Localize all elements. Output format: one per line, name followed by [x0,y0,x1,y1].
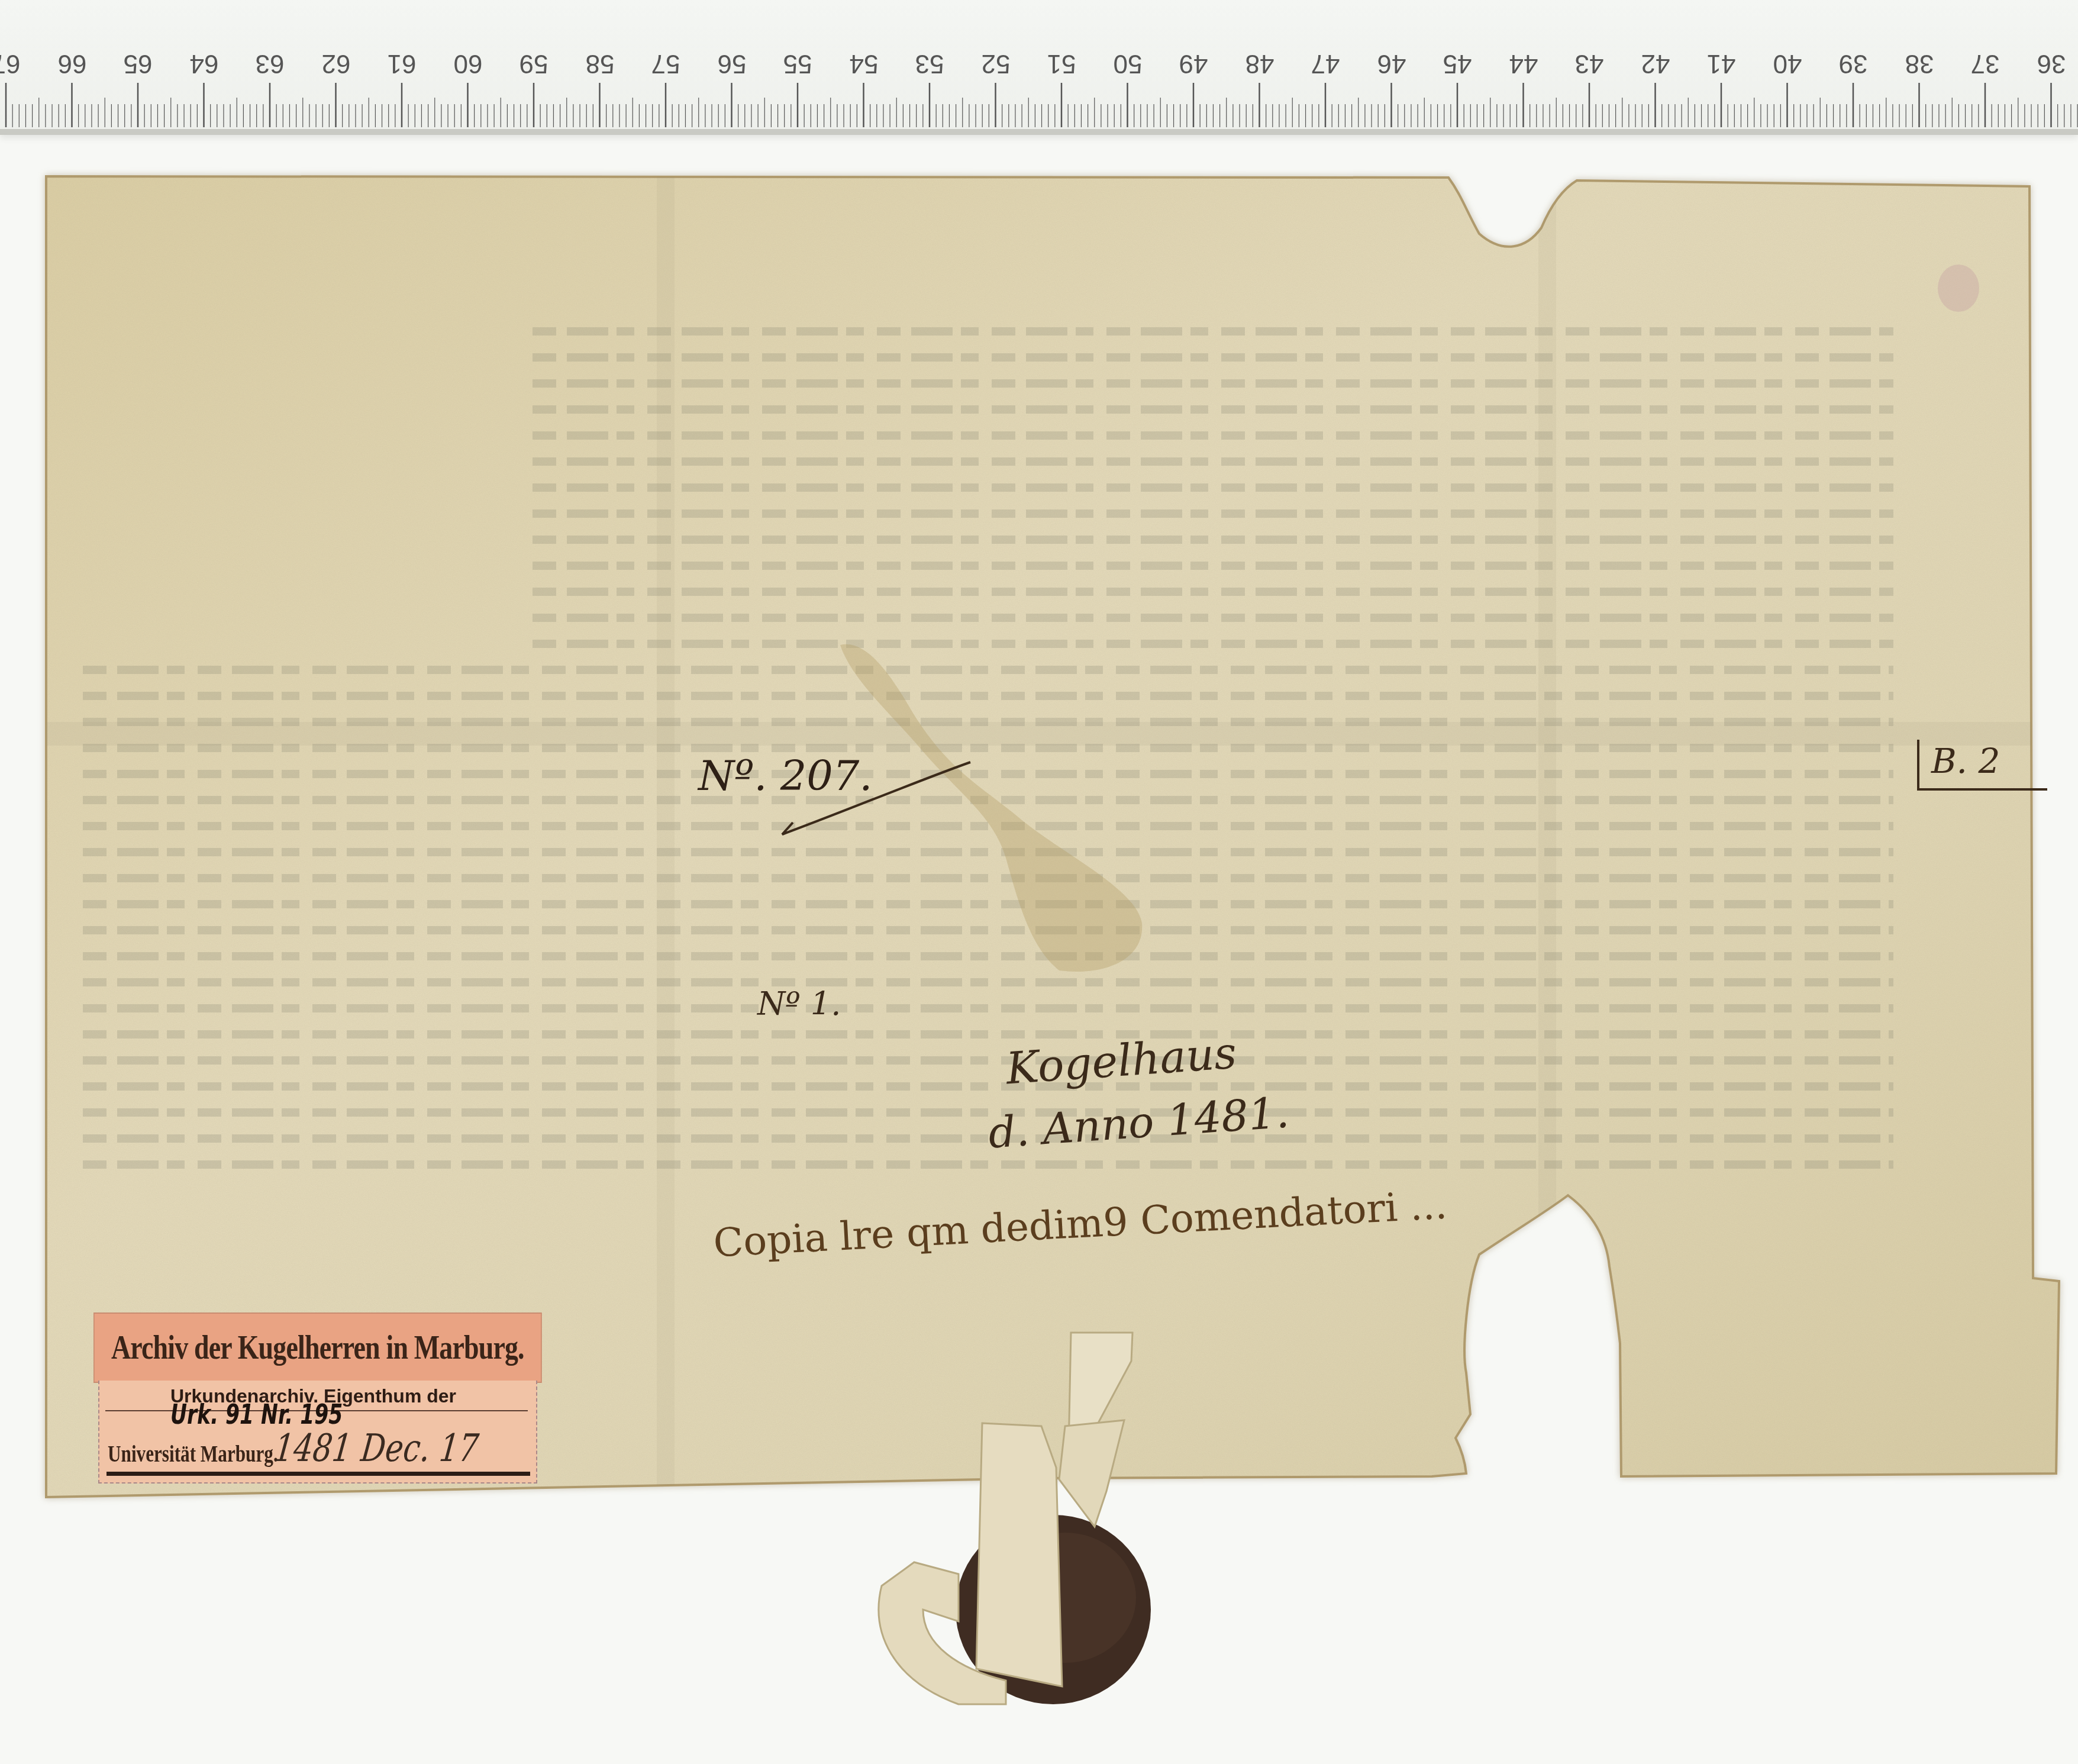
pendant-seal [0,0,2078,1764]
label-handwritten-reference: Urk. 91 Nr. 195 [170,1398,343,1430]
label-thick-rule [107,1472,530,1476]
archive-label: Archiv der Kugelherren in Marburg. Urkun… [93,1312,541,1478]
seal-tag-strip [976,1423,1062,1686]
shelf-mark-note: B. 2 [1917,740,2047,791]
label-title: Archiv der Kugelherren in Marburg. [93,1312,542,1383]
small-number-note: Nº 1. [757,985,841,1023]
label-body: Urkundenarchiv. Eigenthum der Urk. 91 Nr… [98,1381,537,1484]
label-owner: Universität Marburg. [108,1440,278,1468]
arrow-stroke [775,757,976,840]
label-handwritten-date: 1481 Dec. 17 [272,1427,481,1470]
